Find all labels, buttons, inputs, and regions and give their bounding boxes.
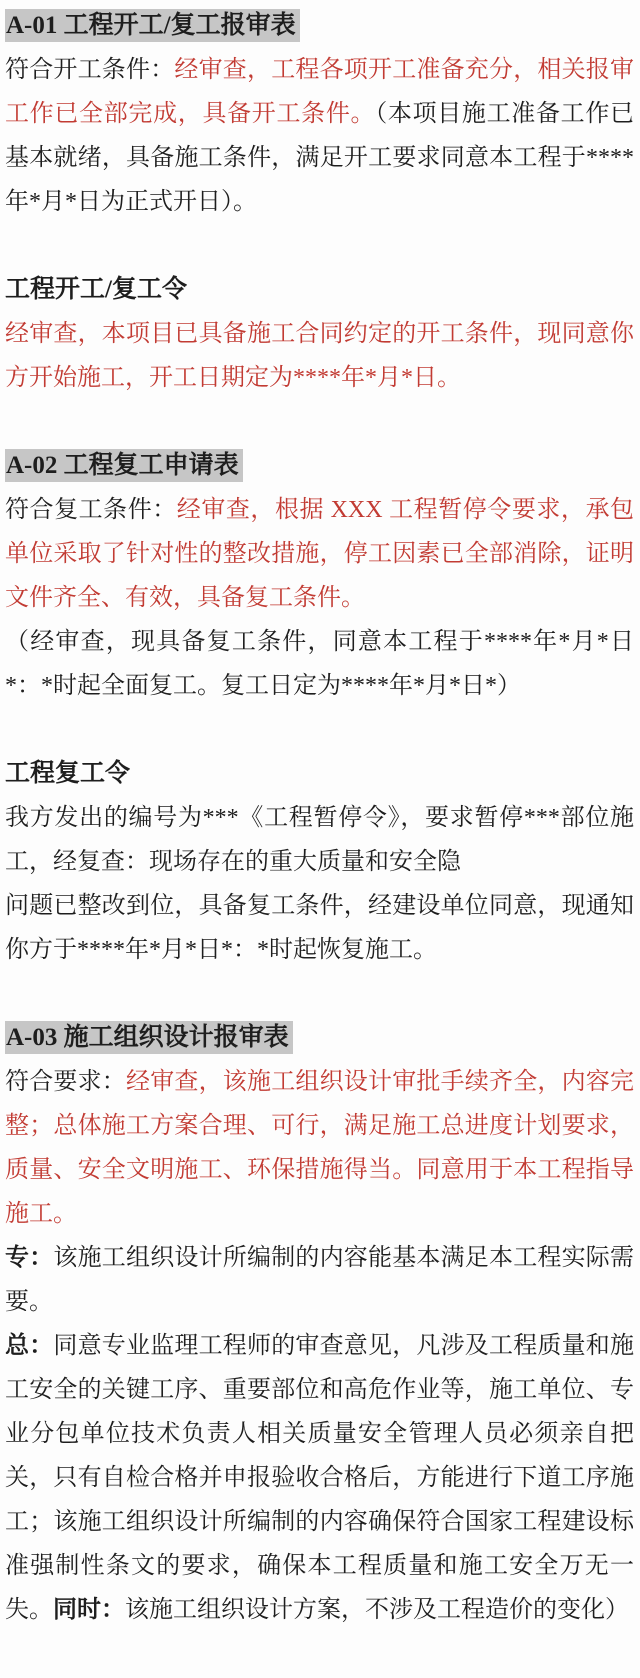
- a02-condition-paragraph: 符合复工条件：经审查，根据 XXX 工程暂停令要求，承包单位采取了针对性的整改措…: [5, 488, 634, 620]
- section-title-a01-highlight-text: A-01 工程开工/复工报审表: [5, 9, 300, 42]
- a02-order-paragraph-1: 我方发出的编号为***《工程暂停令》，要求暂停***部位施工，经复查：现场存在的…: [5, 796, 634, 884]
- a01-condition-label: 符合开工条件：: [5, 57, 174, 83]
- section-title-a02: A-02 工程复工申请表: [5, 444, 634, 488]
- a03-chief-label: 总：: [5, 1333, 53, 1359]
- a03-condition-paragraph: 符合要求：经审查，该施工组织设计审批手续齐全，内容完整；总体施工方案合理、可行，…: [5, 1060, 634, 1236]
- a01-order-paragraph: 经审查，本项目已具备施工合同约定的开工条件，现同意你方开始施工，开工日期定为**…: [5, 312, 634, 400]
- a01-order-heading: 工程开工/复工令: [5, 268, 634, 312]
- a01-condition-paragraph: 符合开工条件：经审查，工程各项开工准备充分，相关报审工作已全部完成，具备开工条件…: [5, 48, 634, 224]
- a03-meanwhile-label: 同时：: [53, 1597, 125, 1623]
- a03-specialist-paragraph: 专：该施工组织设计所编制的内容能基本满足本工程实际需要。: [5, 1236, 634, 1324]
- a02-order-paragraph-2: 问题已整改到位，具备复工条件，经建设单位同意，现通知你方于****年*月*日*：…: [5, 884, 634, 972]
- a03-condition-label: 符合要求：: [5, 1069, 126, 1095]
- a03-specialist-text: 该施工组织设计所编制的内容能基本满足本工程实际需要。: [5, 1245, 634, 1315]
- a03-chief-text: 同意专业监理工程师的审查意见，凡涉及工程质量和施工安全的关键工序、重要部位和高危…: [5, 1333, 634, 1623]
- a02-order-heading: 工程复工令: [5, 752, 634, 796]
- a02-condition-label: 符合复工条件：: [5, 497, 177, 523]
- a03-meanwhile-text: 该施工组织设计方案，不涉及工程造价的变化）: [125, 1597, 629, 1623]
- section-title-a02-highlight-text: A-02 工程复工申请表: [5, 449, 243, 482]
- document-page: A-01 工程开工/复工报审表 符合开工条件：经审查，工程各项开工准备充分，相关…: [0, 0, 640, 1632]
- section-title-a03-highlight-text: A-03 施工组织设计报审表: [5, 1021, 293, 1054]
- section-title-a01: A-01 工程开工/复工报审表: [5, 4, 634, 48]
- a03-chief-paragraph: 总：同意专业监理工程师的审查意见，凡涉及工程质量和施工安全的关键工序、重要部位和…: [5, 1324, 634, 1632]
- a02-note-paragraph: （经审查，现具备复工条件，同意本工程于****年*月*日*：*时起全面复工。复工…: [5, 620, 634, 708]
- section-title-a03: A-03 施工组织设计报审表: [5, 1016, 634, 1060]
- a03-specialist-label: 专：: [5, 1245, 53, 1271]
